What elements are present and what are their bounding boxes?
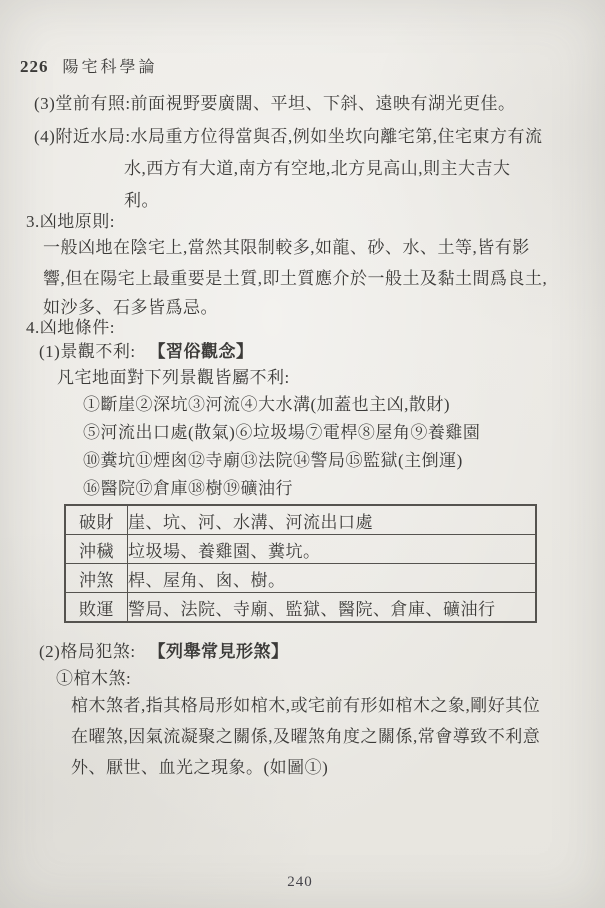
list-line-3: ⑩糞坑⑪煙囪⑫寺廟⑬法院⑭警局⑮監獄(主倒運) bbox=[83, 450, 463, 472]
table-row: 破財 崖、坑、河、水溝、河流出口處 bbox=[65, 505, 536, 535]
book-title: 陽宅科學論 bbox=[63, 59, 158, 76]
table-row-label: 沖煞 bbox=[65, 564, 128, 593]
hazard-table: 破財 崖、坑、河、水溝、河流出口處 沖穢 垃圾場、養雞園、糞坑。 沖煞 桿、屋角… bbox=[64, 504, 537, 623]
list-line-1: ①斷崖②深坑③河流④大水溝(加蓋也主凶,散財) bbox=[83, 394, 450, 416]
item3-label: (3)堂前有照: bbox=[34, 94, 131, 113]
line-item3: (3)堂前有照:前面視野要廣闊、平坦、下斜、遠映有湖光更佳。 bbox=[34, 93, 516, 115]
table-row-value: 警局、法院、寺廟、監獄、醫院、倉庫、礦油行 bbox=[128, 593, 537, 623]
table-row-value: 垃圾場、養雞園、糞坑。 bbox=[128, 535, 537, 564]
running-header: 226陽宅科學論 bbox=[20, 56, 158, 79]
heading-section3: 3.凶地原則: bbox=[26, 211, 115, 233]
item3-text: 前面視野要廣闊、平坦、下斜、遠映有湖光更佳。 bbox=[131, 94, 516, 113]
line-sub2: (2)格局犯煞:【列舉常見形煞】 bbox=[39, 641, 289, 663]
item4-text-line1: 水局重方位得當與否,例如坐坎向離宅第,住宅東方有流 bbox=[131, 127, 543, 146]
list-line-4: ⑯醫院⑰倉庫⑱樹⑲礦油行 bbox=[83, 478, 293, 500]
para-section3-line1: 一般凶地在陰宅上,當然其限制較多,如龍、砂、水、土等,皆有影 bbox=[43, 237, 530, 259]
para-section3-line3: 如沙多、石多皆爲忌。 bbox=[43, 297, 218, 319]
folio-number: 226 bbox=[20, 57, 49, 76]
sub2-note: 【列舉常見形煞】 bbox=[149, 642, 289, 661]
table-row-label: 破財 bbox=[65, 505, 128, 535]
scanned-page: 226陽宅科學論 (3)堂前有照:前面視野要廣闊、平坦、下斜、遠映有湖光更佳。 … bbox=[0, 0, 605, 908]
table-row-label: 敗運 bbox=[65, 593, 128, 623]
table-row: 沖煞 桿、屋角、囪、樹。 bbox=[65, 564, 536, 593]
table-row: 沖穢 垃圾場、養雞園、糞坑。 bbox=[65, 535, 536, 564]
heading-section4: 4.凶地條件: bbox=[26, 317, 115, 339]
sub1-note: 【習俗觀念】 bbox=[149, 342, 254, 361]
para-coffin-line1: 棺木煞者,指其格局形如棺木,或宅前有形如棺木之象,剛好其位 bbox=[71, 695, 540, 717]
table-row-value: 桿、屋角、囪、樹。 bbox=[128, 564, 537, 593]
table-row-value: 崖、坑、河、水溝、河流出口處 bbox=[128, 505, 537, 535]
sub1-label: (1)景觀不利: bbox=[39, 342, 136, 361]
table-row: 敗運 警局、法院、寺廟、監獄、醫院、倉庫、礦油行 bbox=[65, 593, 536, 623]
item4-label: (4)附近水局: bbox=[34, 127, 131, 146]
line-sub1-intro: 凡宅地面對下列景觀皆屬不利: bbox=[57, 367, 290, 389]
list-line-2: ⑤河流出口處(散氣)⑥垃圾場⑦電桿⑧屋角⑨養雞園 bbox=[83, 422, 480, 444]
para-coffin-line3: 外、厭世、血光之現象。(如圖①) bbox=[71, 757, 328, 779]
line-item4-cont1: 水,西方有大道,南方有空地,北方見高山,則主大吉大 bbox=[124, 158, 511, 180]
table-row-label: 沖穢 bbox=[65, 535, 128, 564]
footer-page-number: 240 bbox=[240, 871, 360, 893]
line-sub1: (1)景觀不利:【習俗觀念】 bbox=[39, 341, 254, 363]
line-item4: (4)附近水局:水局重方位得當與否,例如坐坎向離宅第,住宅東方有流 bbox=[34, 126, 543, 148]
para-coffin-line2: 在曜煞,因氣流凝聚之關係,及曜煞角度之關係,常會導致不利意 bbox=[71, 726, 540, 748]
line-item4-cont2: 利。 bbox=[124, 190, 159, 212]
line-sub2-item: ①棺木煞: bbox=[56, 668, 131, 690]
para-section3-line2: 響,但在陽宅上最重要是土質,即土質應介於一般土及黏土間爲良土, bbox=[43, 268, 547, 290]
sub2-label: (2)格局犯煞: bbox=[39, 642, 136, 661]
